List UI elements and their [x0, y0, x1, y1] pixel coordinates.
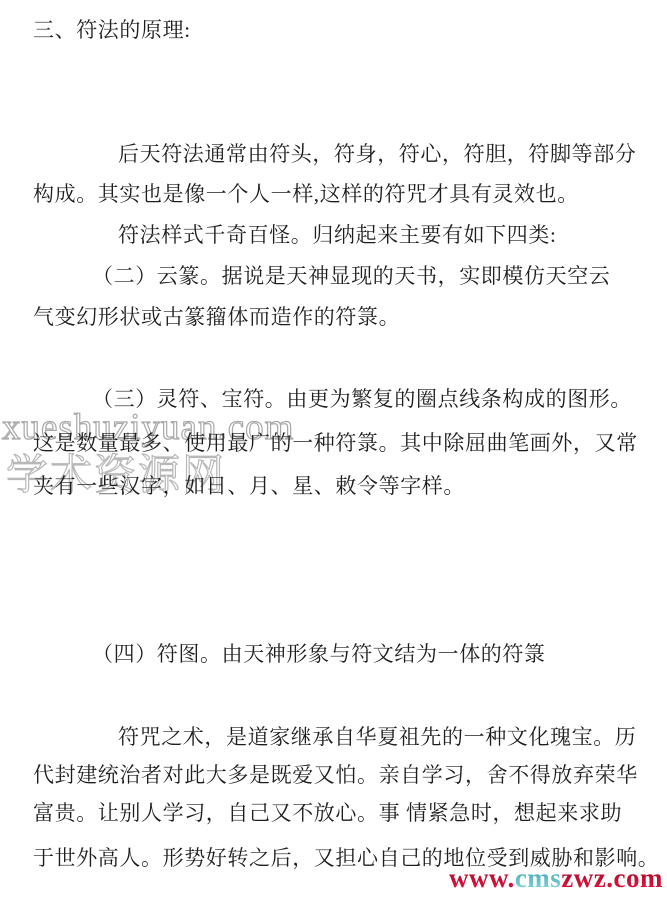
- footer-url-segment: zwz: [561, 863, 606, 893]
- text-line: 夹有一些汉字，如日、月、星、敕令等字样。: [33, 476, 465, 497]
- text-line: 富贵。让别人学习，自己又不放心。事 情紧急时，想起来求助: [33, 803, 622, 824]
- text-line: 符法样式千奇百怪。归纳起来主要有如下四类:: [118, 225, 556, 246]
- document-page: xueshuziyuan.com 学术资源网 三、符法的原理: 后天符法通常由符…: [0, 0, 667, 897]
- text-line: 构成。其实也是像一个人一样,这样的符咒才具有灵效也。: [33, 184, 579, 205]
- text-line: （四）符图。由天神形象与符文结为一体的符箓: [92, 644, 546, 665]
- page-title: 三、符法的原理:: [33, 20, 191, 41]
- text-line: （三）灵符、宝符。由更为繁复的圈点线条构成的图形。: [92, 389, 632, 410]
- text-line: 气变幻形状或古篆籀体而造作的符箓。: [33, 307, 400, 328]
- text-line: 符咒之术，是道家继承自华夏祖先的一种文化瑰宝。历: [118, 727, 636, 748]
- footer-url-segment: www.: [449, 863, 515, 893]
- text-line: 代封建统治者对此大多是既爱又怕。亲自学习，舍不得放弃荣华: [33, 765, 638, 786]
- footer-watermark-url: www.cmszwz.com: [449, 863, 663, 894]
- text-line: 后天符法通常由符头，符身，符心，符胆，符脚等部分: [118, 144, 636, 165]
- text-line: （二）云篆。据说是天神显现的天书，实即模仿天空云: [92, 266, 610, 287]
- footer-url-segment: cms: [515, 863, 561, 893]
- text-line: 这是数量最多、使用最广的一种符箓。其中除屈曲笔画外，又常: [33, 433, 638, 454]
- footer-url-segment: .com: [606, 863, 663, 893]
